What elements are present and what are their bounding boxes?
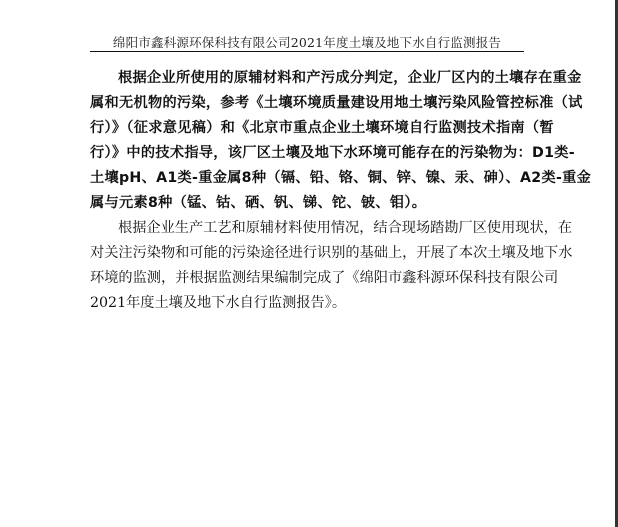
header-divider (90, 51, 524, 52)
text-line: 2021年度土壤及地下水自行监测报告》。 (90, 291, 526, 316)
text-line: 对关注污染物和可能的污染途径进行识别的基础上，开展了本次土壤及地下水 (90, 241, 526, 266)
text-line: 根据企业所使用的原辅材料和产污成分判定，企业厂区内的土壤存在重金 (90, 66, 526, 91)
text-line: 根据企业生产工艺和原辅材料使用情况，结合现场踏勘厂区使用现状，在 (90, 216, 526, 241)
paragraph-pollutant-determination: 根据企业所使用的原辅材料和产污成分判定，企业厂区内的土壤存在重金 属和无机物的污… (90, 66, 526, 216)
text-line: 行）》（征求意见稿）和《北京市重点企业土壤环境自行监测技术指南（暂 (90, 116, 526, 141)
page-header-title: 绵阳市鑫科源环保科技有限公司2021年度土壤及地下水自行监测报告 (90, 33, 524, 51)
text-line: 环境的监测，并根据监测结果编制完成了《绵阳市鑫科源环保科技有限公司 (90, 266, 526, 291)
text-line: 行）》中的技术指导，该厂区土壤及地下水环境可能存在的污染物为：D1类- (90, 141, 526, 166)
paragraph-monitoring-summary: 根据企业生产工艺和原辅材料使用情况，结合现场踏勘厂区使用现状，在 对关注污染物和… (90, 216, 526, 316)
text-line: 土壤pH、A1类-重金属8种（镉、铅、铬、铜、锌、镍、汞、砷）、A2类-重金 (90, 166, 526, 191)
text-line: 属与元素8种（锰、钴、硒、钒、锑、铊、铍、钼）。 (90, 191, 526, 216)
text-line: 属和无机物的污染，参考《土壤环境质量建设用地土壤污染风险管控标准（试 (90, 91, 526, 116)
